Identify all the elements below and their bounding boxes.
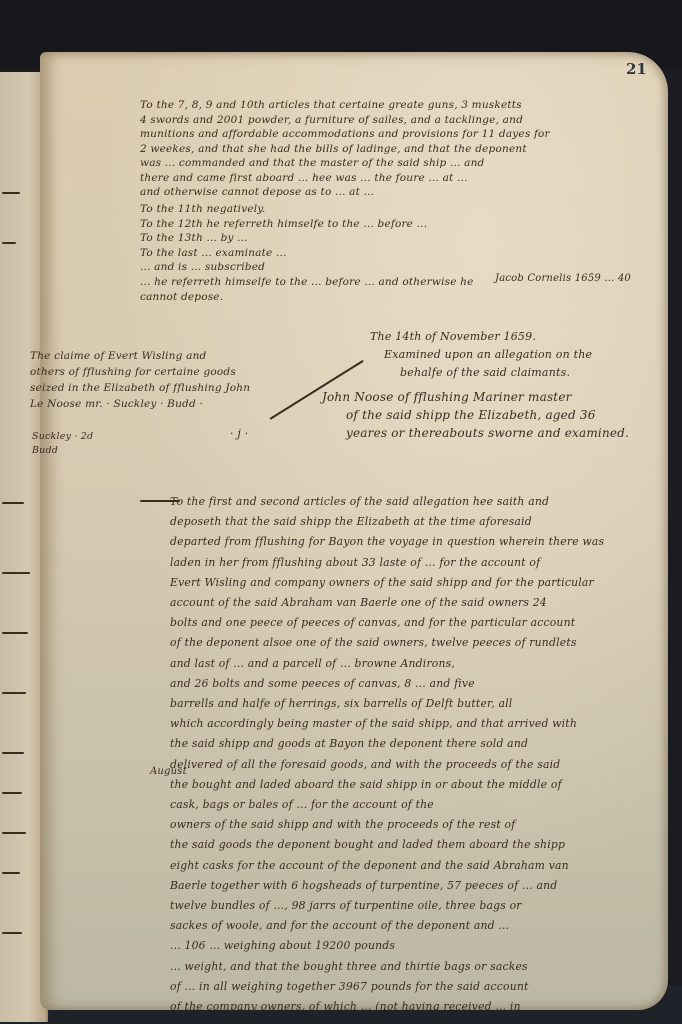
text-line: 4 swords and 2001 powder, a furniture of… — [140, 113, 550, 128]
text-line: the bought and laded aboard the said shi… — [170, 775, 604, 795]
ink-stroke — [2, 792, 22, 794]
text-line: and 26 bolts and some peeces of canvas, … — [170, 674, 604, 694]
text-line: and last of ... and a parcell of ... bro… — [170, 654, 604, 674]
text-line: seized in the Elizabeth of fflushing Joh… — [30, 380, 250, 396]
date-line: The 14th of November 1659. — [370, 328, 592, 346]
text-line: the said shipp and goods at Bayon the de… — [170, 734, 604, 754]
ink-stroke — [2, 192, 20, 194]
text-line: To the last ... examinate ... — [140, 246, 474, 261]
paragraph-articles-11-last: To the 11th negatively. To the 12th he r… — [140, 202, 474, 304]
ink-stroke — [2, 832, 26, 834]
text-line: of ... in all weighing together 3967 pou… — [170, 977, 604, 997]
text-line: and otherwise cannot depose as to ... at… — [140, 185, 550, 200]
text-line: Examined upon an allegation on the — [370, 346, 592, 364]
text-line: Evert Wisling and company owners of the … — [170, 573, 604, 593]
text-line: twelve bundles of ..., 98 jarrs of turpe… — [170, 896, 604, 916]
text-line: sackes of woole, and for the account of … — [170, 916, 604, 936]
ink-stroke — [2, 242, 16, 244]
text-line: account of the said Abraham van Baerle o… — [170, 593, 604, 613]
text-line: was ... commanded and that the master of… — [140, 156, 550, 171]
claim-heading: The claime of Evert Wisling and others o… — [30, 348, 250, 412]
text-line: laden in her from fflushing about 33 las… — [170, 553, 604, 573]
text-line: Suckley · 2d — [32, 430, 93, 444]
text-line: Le Noose mr. · Suckley · Budd · — [30, 396, 250, 412]
ink-stroke — [2, 632, 28, 634]
text-line: the said goods the deponent bought and l… — [170, 835, 604, 855]
deposition-body: To the first and second articles of the … — [170, 492, 604, 1017]
ink-stroke — [2, 692, 26, 694]
text-line: deposeth that the said shipp the Elizabe… — [170, 512, 604, 532]
deponent-name: John Noose of fflushing Mariner master — [322, 388, 629, 406]
ink-stroke — [2, 752, 24, 754]
text-line: which accordingly being master of the sa… — [170, 714, 604, 734]
text-line: The claime of Evert Wisling and — [30, 348, 250, 364]
margin-note-suckley-budd: Suckley · 2d Budd — [32, 430, 93, 458]
text-line: To the 11th negatively. — [140, 202, 474, 217]
text-line: owners of the said shipp and with the pr… — [170, 815, 604, 835]
text-line: To the first and second articles of the … — [170, 492, 604, 512]
folio-number: 21 — [626, 60, 647, 78]
text-line: yeares or thereabouts sworne and examine… — [322, 424, 629, 442]
text-line: To the 13th ... by ... — [140, 231, 474, 246]
ink-stroke — [2, 572, 30, 574]
text-line: of the deponent alsoe one of the said ow… — [170, 633, 604, 653]
manuscript-page: 21 To the 7, 8, 9 and 10th articles that… — [40, 52, 668, 1010]
ink-stroke — [2, 872, 20, 874]
text-line: eight casks for the account of the depon… — [170, 856, 604, 876]
text-line: behalfe of the said claimants. — [370, 364, 592, 382]
text-line: Budd — [32, 444, 93, 458]
text-line: of the said shipp the Elizabeth, aged 36 — [322, 406, 629, 424]
deponent-block: John Noose of fflushing Mariner master o… — [322, 388, 629, 442]
text-line: of the company owners, of which ... (not… — [170, 997, 604, 1017]
numeral-mark: · j · — [230, 427, 248, 440]
deposition-date-header: The 14th of November 1659. Examined upon… — [370, 328, 592, 382]
margin-note-august: August — [150, 766, 187, 777]
text-line: barrells and halfe of herrings, six barr… — [170, 694, 604, 714]
text-line: delivered of all the foresaid goods, and… — [170, 755, 604, 775]
paragraph-articles-7-10: To the 7, 8, 9 and 10th articles that ce… — [140, 98, 550, 200]
text-line: ... weight, and that the bought three an… — [170, 957, 604, 977]
ink-stroke — [2, 502, 24, 504]
text-line: there and came first aboard ... hee was … — [140, 171, 550, 186]
text-line: 2 weekes, and that she had the bills of … — [140, 142, 550, 157]
text-line: To the 12th he referreth himselfe to the… — [140, 217, 474, 232]
text-line: munitions and affordable accommodations … — [140, 127, 550, 142]
text-line: cannot depose. — [140, 290, 474, 305]
text-line: bolts and one peece of peeces of canvas,… — [170, 613, 604, 633]
text-line: cask, bags or bales of ... for the accou… — [170, 795, 604, 815]
text-line: ... he referreth himselfe to the ... bef… — [140, 275, 474, 290]
signature-jacob-cornelis: Jacob Cornelis 1659 ... 40 — [495, 273, 631, 284]
text-line: ... 106 ... weighing about 19200 pounds — [170, 936, 604, 956]
text-line: others of fflushing for certaine goods — [30, 364, 250, 380]
text-line: To the 7, 8, 9 and 10th articles that ce… — [140, 98, 550, 113]
text-line: departed from fflushing for Bayon the vo… — [170, 532, 604, 552]
ink-stroke — [2, 932, 22, 934]
text-line: ... and is ... subscribed — [140, 260, 474, 275]
text-line: Baerle together with 6 hogsheads of turp… — [170, 876, 604, 896]
